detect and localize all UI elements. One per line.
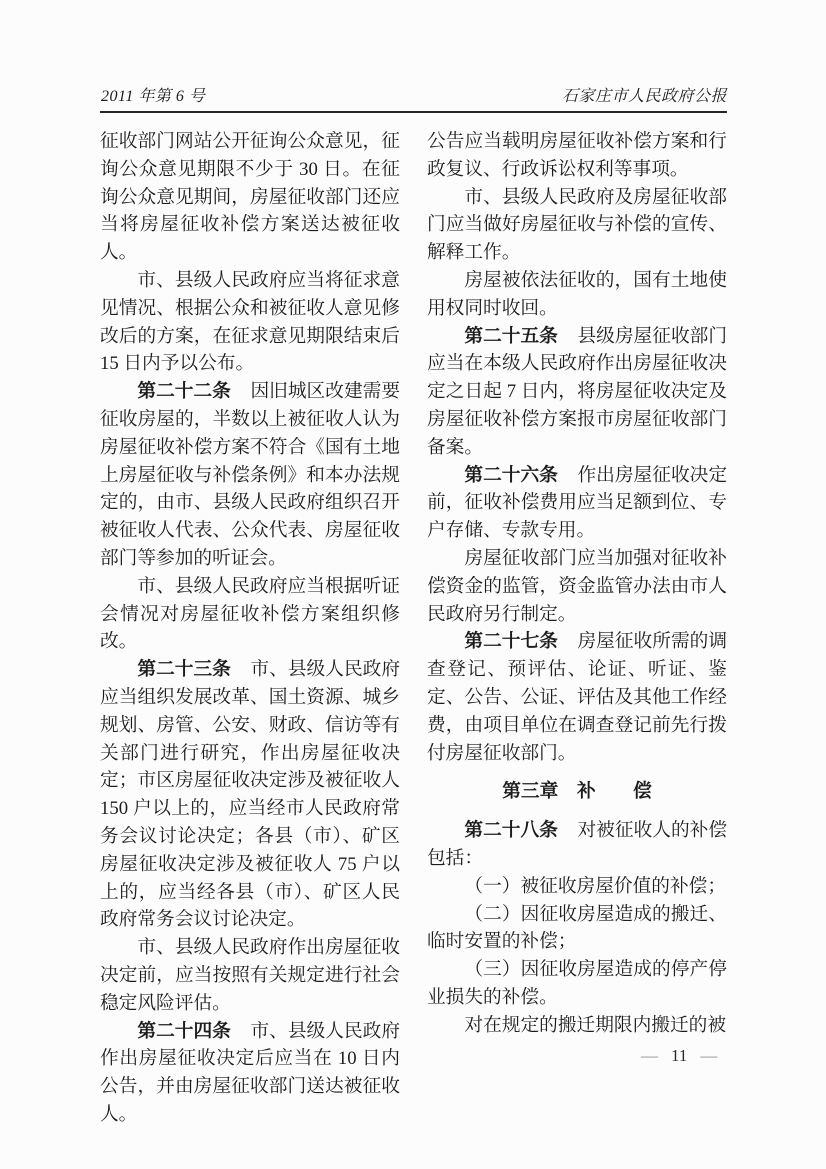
page-footer: — 11 — (641, 1046, 717, 1066)
paragraph-text: （一）被征收房屋价值的补偿； (464, 876, 726, 897)
paragraph-text: 市、县级人民政府应当组织发展改革、国土资源、城乡规划、房管、公安、财政、信访等有… (100, 659, 400, 930)
paragraph: 第二十六条作出房屋征收决定前，征收补偿费用应当足额到位、专户存储、专款专用。 (427, 462, 727, 545)
article-number: 第二十六条 (464, 465, 557, 486)
article-number: 第二十四条 (137, 1021, 230, 1042)
article-number: 第二十五条 (464, 326, 557, 347)
paragraph: （一）被征收房屋价值的补偿； (427, 873, 727, 901)
paragraph-text: 市、县级人民政府应当根据听证会情况对房屋征收补偿方案组织修改。 (100, 576, 400, 653)
paragraph: 第二十八条对被征收人的补偿包括： (427, 817, 727, 873)
paragraph: 第二十五条县级房屋征收部门应当在本级人民政府作出房屋征收决定之日起 7 日内，将… (427, 323, 727, 462)
paragraph: 征收部门网站公开征询公众意见，征询公众意见期限不少于 30 日。在征询公众意见期… (100, 128, 400, 267)
paragraph: （二）因征收房屋造成的搬迁、临时安置的补偿； (427, 901, 727, 957)
page-number: 11 (671, 1046, 687, 1066)
left-column: 征收部门网站公开征询公众意见，征询公众意见期限不少于 30 日。在征询公众意见期… (100, 128, 400, 1129)
content-columns: 征收部门网站公开征询公众意见，征询公众意见期限不少于 30 日。在征询公众意见期… (100, 128, 727, 1129)
paragraph: 市、县级人民政府及房屋征收部门应当做好房屋征收与补偿的宣传、解释工作。 (427, 184, 727, 267)
paragraph-text: （二）因征收房屋造成的搬迁、临时安置的补偿； (427, 904, 727, 953)
paragraph-text: 征收部门网站公开征询公众意见，征询公众意见期限不少于 30 日。在征询公众意见期… (100, 131, 400, 263)
paragraph: 市、县级人民政府应当将征求意见情况、根据公众和被征收人意见修改后的方案，在征求意… (100, 267, 400, 378)
gazette-page: 2011 年第 6 号 石家庄市人民政府公报 征收部门网站公开征询公众意见，征询… (0, 0, 826, 1169)
paragraph: 房屋被依法征收的，国有土地使用权同时收回。 (427, 267, 727, 323)
paragraph: 第二十二条因旧城区改建需要征收房屋的，半数以上被征收人认为房屋征收补偿方案不符合… (100, 378, 400, 573)
right-column: 公告应当载明房屋征收补偿方案和行政复议、行政诉讼权利等事项。 市、县级人民政府及… (427, 128, 727, 1129)
article-number: 第二十二条 (137, 381, 230, 402)
paragraph: （三）因征收房屋造成的停产停业损失的补偿。 (427, 956, 727, 1012)
header-rule (100, 111, 727, 113)
paragraph: 房屋征收部门应当加强对征收补偿资金的监管，资金监管办法由市人民政府另行制定。 (427, 545, 727, 628)
paragraph: 对在规定的搬迁期限内搬迁的被 (427, 1012, 727, 1040)
paragraph-text: 公告应当载明房屋征收补偿方案和行政复议、行政诉讼权利等事项。 (427, 131, 727, 180)
paragraph-text: 市、县级人民政府应当将征求意见情况、根据公众和被征收人意见修改后的方案，在征求意… (100, 270, 400, 374)
header-gazette-title: 石家庄市人民政府公报 (562, 83, 727, 106)
footer-dash-left: — (641, 1046, 658, 1066)
chapter-heading: 第三章 补 偿 (427, 778, 727, 806)
paragraph: 第二十七条房屋征收所需的调查登记、预评估、论证、听证、鉴定、公告、公证、评估及其… (427, 628, 727, 767)
paragraph-text: 对在规定的搬迁期限内搬迁的被 (464, 1015, 726, 1036)
paragraph: 第二十四条市、县级人民政府作出房屋征收决定后应当在 10 日内公告，并由房屋征收… (100, 1018, 400, 1129)
paragraph-text: 市、县级人民政府及房屋征收部门应当做好房屋征收与补偿的宣传、解释工作。 (427, 187, 727, 264)
paragraph-text: 房屋征收部门应当加强对征收补偿资金的监管，资金监管办法由市人民政府另行制定。 (427, 548, 727, 625)
article-number: 第二十八条 (464, 820, 557, 841)
paragraph-text: （三）因征收房屋造成的停产停业损失的补偿。 (427, 959, 727, 1008)
paragraph: 第二十三条市、县级人民政府应当组织发展改革、国土资源、城乡规划、房管、公安、财政… (100, 656, 400, 934)
paragraph: 市、县级人民政府应当根据听证会情况对房屋征收补偿方案组织修改。 (100, 573, 400, 656)
paragraph-text: 因旧城区改建需要征收房屋的，半数以上被征收人认为房屋征收补偿方案不符合《国有土地… (100, 381, 400, 569)
footer-dash-right: — (700, 1046, 717, 1066)
paragraph: 市、县级人民政府作出房屋征收决定前，应当按照有关规定进行社会稳定风险评估。 (100, 934, 400, 1017)
page-header: 2011 年第 6 号 石家庄市人民政府公报 (101, 83, 727, 106)
header-issue-number: 2011 年第 6 号 (101, 83, 205, 106)
paragraph-text: 房屋被依法征收的，国有土地使用权同时收回。 (427, 270, 727, 319)
paragraph-text: 市、县级人民政府作出房屋征收决定前，应当按照有关规定进行社会稳定风险评估。 (100, 937, 400, 1014)
paragraph: 公告应当载明房屋征收补偿方案和行政复议、行政诉讼权利等事项。 (427, 128, 727, 184)
article-number: 第二十三条 (137, 659, 230, 680)
article-number: 第二十七条 (464, 631, 557, 652)
